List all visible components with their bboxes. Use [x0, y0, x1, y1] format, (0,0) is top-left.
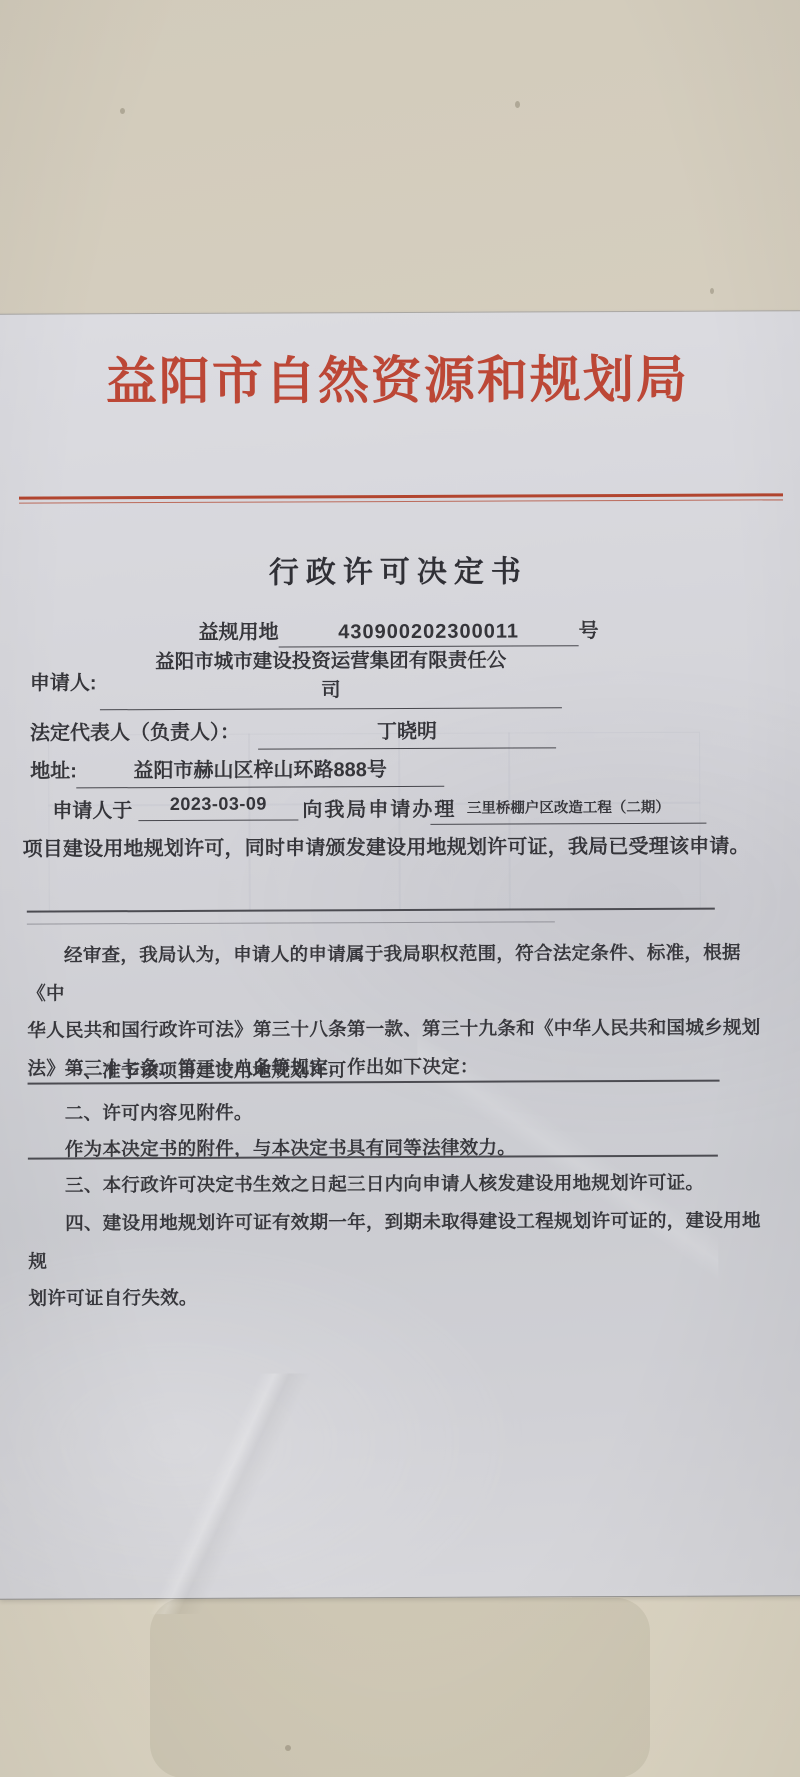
apply-date-value: 2023-03-09: [138, 793, 298, 821]
doc-number-suffix: 号: [579, 620, 599, 642]
attachment-note: 作为本决定书的附件，与本决定书具有同等法律效力。: [28, 1127, 770, 1168]
agency-name: 益阳市自然资源和规划局: [0, 337, 800, 415]
wall-speck: [710, 288, 714, 294]
acceptance-line: 项目建设用地规划许可，同时申请颁发建设用地规划许可证，我局已受理该申请。: [22, 829, 772, 861]
section-divider-thin: [27, 921, 555, 924]
wall-stain: [150, 1598, 650, 1777]
doc-number-value: 430900202300011: [279, 620, 579, 647]
decision-item-3: 三、本行政许可决定书生效之日起三日内向申请人核发建设用地规划许可证。: [28, 1163, 770, 1204]
applicant-value: 益阳市城市建设投资运营集团有限责任公司: [100, 646, 562, 710]
wall-speck: [120, 108, 125, 114]
applicant-value-line1: 益阳市城市建设投资运营集团有限责任公: [155, 650, 506, 674]
doc-number-prefix: 益规用地: [199, 622, 279, 644]
paper-crease: [89, 1373, 350, 1614]
project-name-value: 三里桥棚户区改造工程（二期）: [430, 796, 706, 825]
section-divider: [27, 908, 715, 913]
document-paper: 益阳市自然资源和规划局 行政许可决定书 益规用地430900202300011号…: [0, 310, 800, 1600]
wall-speck: [515, 101, 520, 108]
photo-of-document: { "photo": { "wall_color": "#d6cfc0", "p…: [0, 0, 800, 1777]
doc-number-line: 益规用地430900202300011号: [0, 613, 800, 649]
address-value: 益阳市赫山区梓山环路888号: [76, 753, 444, 789]
decision-item-2: 二、许可内容见附件。: [28, 1091, 770, 1132]
document-title: 行政许可决定书: [0, 545, 800, 593]
applicant-label: 申请人:: [30, 666, 97, 695]
decision-item-4: 四、建设用地规划许可证有效期一年，到期未取得建设工程规划许可证的，建设用地规 划…: [28, 1201, 770, 1317]
legal-rep-label: 法定代表人（负责人）：: [30, 716, 240, 746]
header-rule: [19, 493, 783, 499]
applicant-value-line2: 司: [321, 679, 341, 701]
apply-prefix: 申请人于: [52, 794, 132, 823]
address-label: 地址:: [30, 754, 77, 783]
legal-rep-value: 丁晓明: [258, 714, 556, 749]
